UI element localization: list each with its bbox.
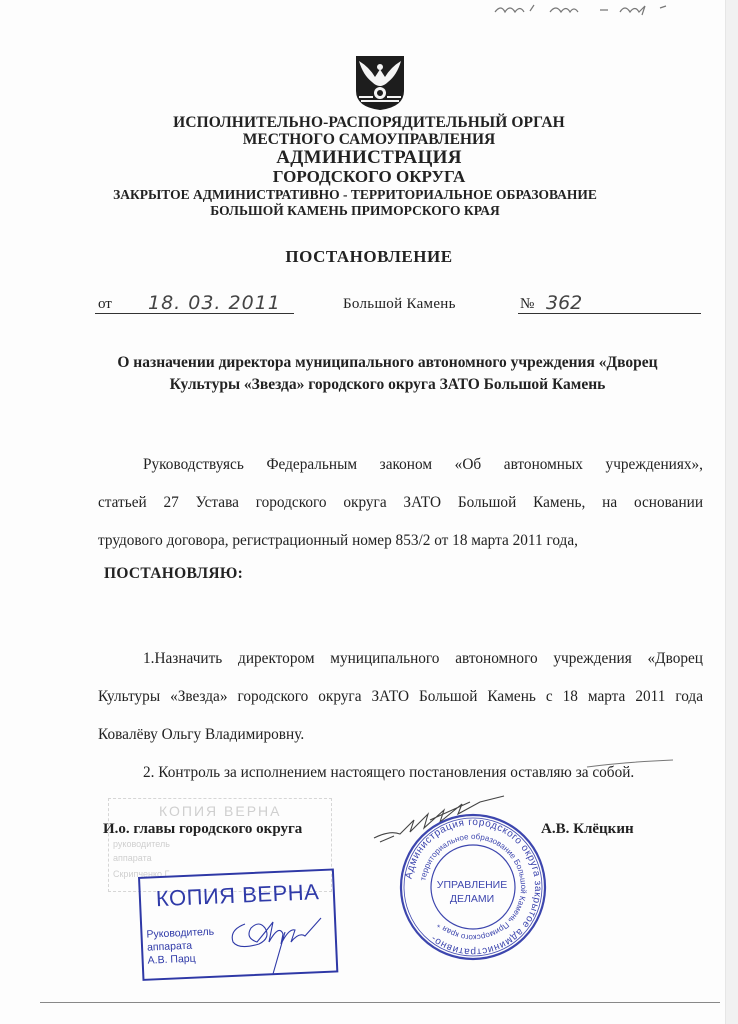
header-line-zato: ЗАКРЫТОЕ АДМИНИСТРАТИВНО - ТЕРРИТОРИАЛЬН…	[0, 187, 724, 203]
copy-stamp-line-1: Руководитель	[146, 926, 214, 941]
document-meta-row: от 18. 03. 2011 Большой Камень № 362	[0, 294, 738, 324]
seal-center-text: УПРАВЛЕНИЕ ДЕЛАМИ	[412, 878, 532, 906]
date-prefix-label: от	[98, 296, 112, 313]
handwritten-date: 18. 03. 2011	[148, 292, 281, 314]
seal-center-line-2: ДЕЛАМИ	[412, 892, 532, 906]
header-line-region: БОЛЬШОЙ КАМЕНЬ ПРИМОРСКОГО КРАЯ	[0, 203, 724, 219]
end-of-text-pen-stroke	[585, 758, 675, 770]
copy-stamp-signature	[225, 908, 325, 978]
header-line-city-district: ГОРОДСКОГО ОКРУГА	[0, 167, 738, 187]
seal-center-line-1: УПРАВЛЕНИЕ	[412, 878, 532, 892]
signatory-name: А.В. Клёцкин	[541, 821, 634, 838]
title-line-1: О назначении директора муниципального ав…	[60, 352, 715, 374]
faded-stamp-title: КОПИЯ ВЕРНА	[159, 803, 281, 819]
page-bottom-rule	[40, 1002, 720, 1003]
document-title: О назначении директора муниципального ав…	[60, 352, 715, 396]
item-1-line-3: Ковалёву Ольгу Владимировну.	[98, 716, 703, 754]
preamble-line-2: статьей 27 Устава городского округа ЗАТО…	[98, 484, 703, 522]
faded-stamp-line-2: аппарата	[113, 853, 152, 863]
number-sign-label: №	[520, 296, 534, 313]
preamble-line-3: трудового договора, регистрационный номе…	[98, 522, 703, 560]
item-1-line-2: Культуры «Звезда» городского округа ЗАТО…	[98, 678, 703, 716]
handwritten-document-number: 362	[546, 292, 582, 314]
preamble-line-1: Руководствуясь Федеральным законом «Об а…	[98, 446, 703, 484]
item-1-line-1: 1.Назначить директором муниципального ав…	[98, 640, 703, 678]
header-line-executive-body: ИСПОЛНИТЕЛЬНО-РАСПОРЯДИТЕЛЬНЫЙ ОРГАН	[0, 114, 738, 132]
city-name: Большой Камень	[343, 296, 456, 313]
resolve-heading: ПОСТАНОВЛЯЮ:	[104, 565, 243, 583]
header-line-administration: АДМИНИСТРАЦИЯ	[0, 147, 738, 169]
title-line-2: Культуры «Звезда» городского округа ЗАТО…	[60, 374, 715, 396]
faded-stamp-line-1: руководитель	[113, 839, 170, 849]
handwritten-note-top	[490, 0, 690, 16]
copy-stamp-line-2: аппарата	[147, 940, 193, 954]
preamble-paragraph: Руководствуясь Федеральным законом «Об а…	[98, 446, 703, 560]
copy-stamp-line-3: А.В. Парц	[147, 953, 195, 967]
document-type-heading: ПОСТАНОВЛЕНИЕ	[0, 247, 738, 267]
signatory-position: И.о. главы городского округа	[103, 821, 302, 838]
coat-of-arms-icon	[355, 55, 405, 111]
